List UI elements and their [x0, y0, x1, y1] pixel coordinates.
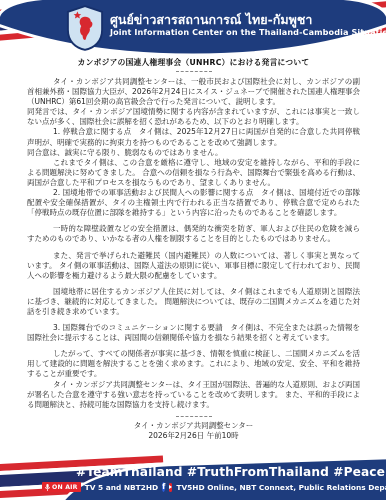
statement-paragraph: 同合意は、誠実に守る限り、脆弱なものではありません。 [27, 148, 360, 158]
facebook-icon: f [162, 482, 165, 492]
header-title-english: Joint Information Center on the Thailand… [110, 27, 380, 38]
statement-paragraph: これまでタイ側は、この合意を厳格に遵守し、地域の安定を維持しながら、平和的手段に… [27, 158, 360, 188]
statement-paragraph: タイ・カンボジア共同調整センターは、一般市民および国際社会に対し、カンボジアの副… [27, 77, 360, 107]
facebook-letter: f [162, 482, 165, 492]
statement-paragraph: したがって、すべての関係者が事実に基づき、情報を慎重に検証し、二国間メカニズムを… [27, 349, 360, 379]
date-line: 2026年2月26日 午前10時 [27, 431, 360, 442]
header-banner: ศูนย์ข่าวสารสถานการณ์ ไทย-กัมพูชา Joint … [0, 0, 386, 58]
youtube-icon [169, 483, 172, 492]
paragraph-list: タイ・カンボジア共同調整センターは、一般市民および国際社会に対し、カンボジアの副… [27, 77, 360, 410]
on-air-badge: ON AIR [42, 482, 81, 492]
play-triangle-icon [169, 485, 172, 489]
online-channels-label: TV5HD Online, NBT Connext, Public Relati… [176, 483, 386, 492]
document-body: カンボジアの国連人権理事会（UNHRC）における発言について タイ・カンボジア共… [27, 57, 360, 442]
signature-divider [176, 416, 212, 417]
microphone-icon [45, 484, 50, 491]
statement-paragraph: 1. 停戦合意に関する点 タイ側は、2025年12月27日に両国が自発的に合意し… [27, 127, 360, 147]
header-title-thai: ศูนย์ข่าวสารสถานการณ์ ไทย-กัมพูชา [110, 12, 380, 27]
on-air-label: ON AIR [52, 484, 78, 491]
statement-paragraph: 同発言では、タイ・カンボジア国境情勢に関する内容が含まれていますが、これには事実… [27, 107, 360, 127]
title-divider [176, 71, 212, 72]
statement-paragraph: また、発言で挙げられた避難民（国内避難民）の人数については、著しく事実と異なって… [27, 251, 360, 281]
footer-broadcast-line: ON AIR TV 5 and NBT2HD f TV5HD Online, N… [42, 482, 382, 492]
shield-emblem-icon [66, 5, 104, 51]
signature-line: タイ・カンボジア共同調整センター [27, 421, 360, 432]
statement-paragraph: 一時的な障壁設置などの安全措置は、偶発的な衝突を防ぎ、軍人および住民の危険を減ら… [27, 224, 360, 244]
broadcast-channels-label: TV 5 and NBT2HD [85, 483, 158, 492]
header-text-block: ศูนย์ข่าวสารสถานการณ์ ไทย-กัมพูชา Joint … [110, 12, 380, 38]
footer-hashtags: #TeamThailand #TruthFromThailand #PeaceB… [76, 465, 380, 479]
statement-paragraph: 2. 国境地帯での軍事活動および民間人への影響に関する点 タイ側は、国境付近での… [27, 188, 360, 218]
statement-paragraph: 3. 国際舞台でのコミュニケーションに関する要請 タイ側は、不完全または誤った情… [27, 323, 360, 343]
document-title: カンボジアの国連人権理事会（UNHRC）における発言について [27, 57, 360, 68]
statement-paragraph: 国境地帯に居住するカンボジア人住民に対しては、タイ側はこれまでも人道原則と国際法… [27, 287, 360, 317]
statement-paragraph: タイ・カンボジア共同調整センターは、タイ王国が国際法、普遍的な人道原則、および両… [27, 380, 360, 410]
statement-page: ศูนย์ข่าวสารสถานการณ์ ไทย-กัมพูชา Joint … [0, 0, 386, 500]
